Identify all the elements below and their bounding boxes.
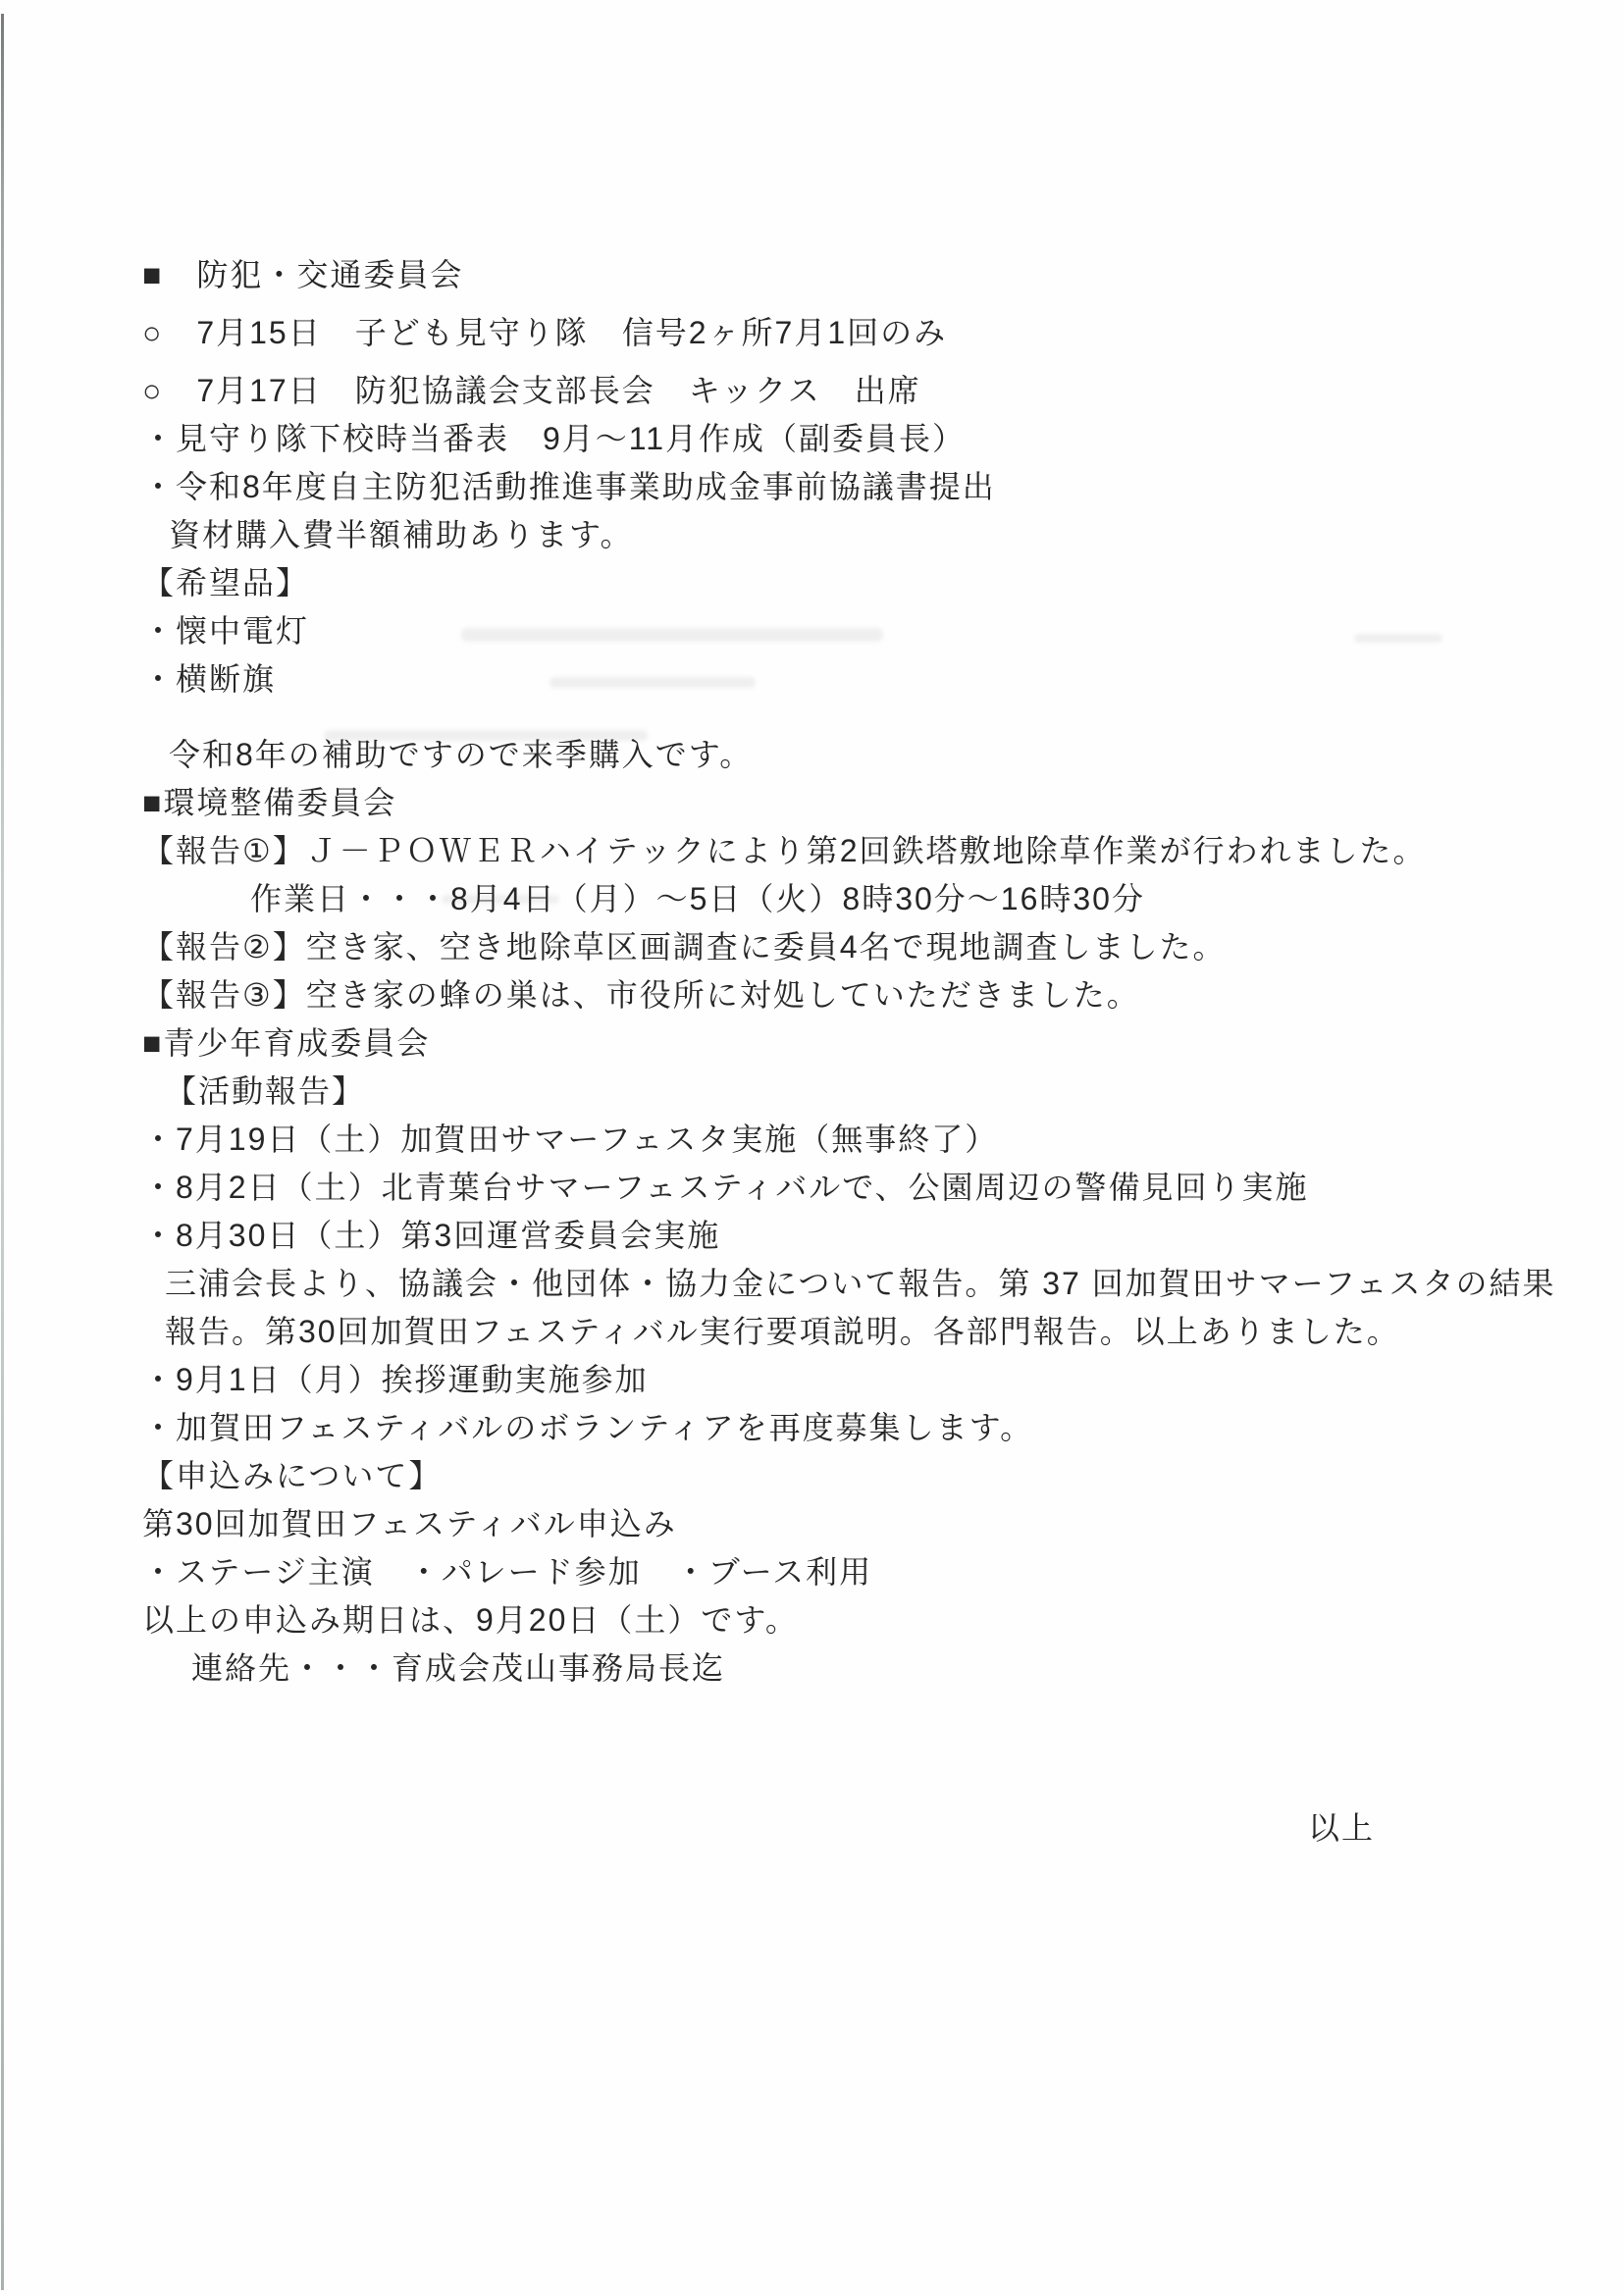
text-line: ・加賀田フェスティバルのボランティアを再度募集します。 [142,1404,1536,1452]
scanner-edge-artifact [1,14,4,2290]
document-body: ■ 防犯・交通委員会 ○ 7月15日 子ども見守り隊 信号2ヶ所7月1回のみ ○… [142,251,1536,1693]
section-heading-crime-traffic-committee: ■ 防犯・交通委員会 [142,251,1536,299]
text-line: ・8月30日（土）第3回運営委員会実施 [142,1212,1536,1260]
text-line: 以上の申込み期日は、9月20日（土）です。 [142,1596,1536,1644]
text-line: ・令和8年度自主防犯活動推進事業助成金事前協議書提出 [142,463,1536,511]
section-heading-environment-committee: ■環境整備委員会 [142,779,1536,827]
report-3-line: 【報告③】空き家の蜂の巣は、市役所に対処していただきました。 [142,971,1536,1019]
subheading-application-info: 【申込みについて】 [142,1452,1536,1500]
text-line: 報告。第30回加賀田フェスティバル実行要項説明。各部門報告。以上ありました。 [142,1308,1536,1356]
text-line: ○ 7月17日 防犯協議会支部長会 キックス 出席 [142,367,1536,415]
text-line: 作業日・・・8月4日（月）～5日（火）8時30分～16時30分 [142,875,1536,923]
section-heading-youth-committee: ■青少年育成委員会 [142,1019,1536,1068]
text-line: 令和8年の補助ですので来季購入です。 [142,731,1536,779]
text-line: ・ステージ主演 ・パレード参加 ・ブース利用 [142,1548,1536,1596]
text-line: 三浦会長より、協議会・他団体・協力金について報告。第 37 回加賀田サマーフェス… [142,1260,1536,1308]
contact-line: 連絡先・・・育成会茂山事務局長迄 [142,1644,1536,1693]
text-line: ・横断旗 [142,655,1536,704]
text-line: ・見守り隊下校時当番表 9月～11月作成（副委員長） [142,415,1536,463]
text-line: ・8月2日（土）北青葉台サマーフェスティバルで、公園周辺の警備見回り実施 [142,1164,1536,1212]
text-line: 資材購入費半額補助あります。 [142,511,1536,559]
report-2-line: 【報告②】空き家、空き地除草区画調査に委員4名で現地調査しました。 [142,923,1536,971]
subheading-requested-items: 【希望品】 [142,559,1536,607]
report-1-line: 【報告①】Ｊ－ＰＯＷＥＲハイテックにより第2回鉄塔敷地除草作業が行われました。 [142,827,1536,875]
closing-ijou: 以上 [1308,1803,1375,1849]
text-line: ・7月19日（土）加賀田サマーフェスタ実施（無事終了） [142,1116,1536,1164]
text-line: ・懐中電灯 [142,607,1536,655]
text-line: ・9月1日（月）挨拶運動実施参加 [142,1356,1536,1404]
text-line: 第30回加賀田フェスティバル申込み [142,1500,1536,1548]
text-line: ○ 7月15日 子ども見守り隊 信号2ヶ所7月1回のみ [142,309,1536,357]
subheading-activity-report: 【活動報告】 [142,1068,1536,1116]
scanned-document-page: ■ 防犯・交通委員会 ○ 7月15日 子ども見守り隊 信号2ヶ所7月1回のみ ○… [0,0,1623,2296]
